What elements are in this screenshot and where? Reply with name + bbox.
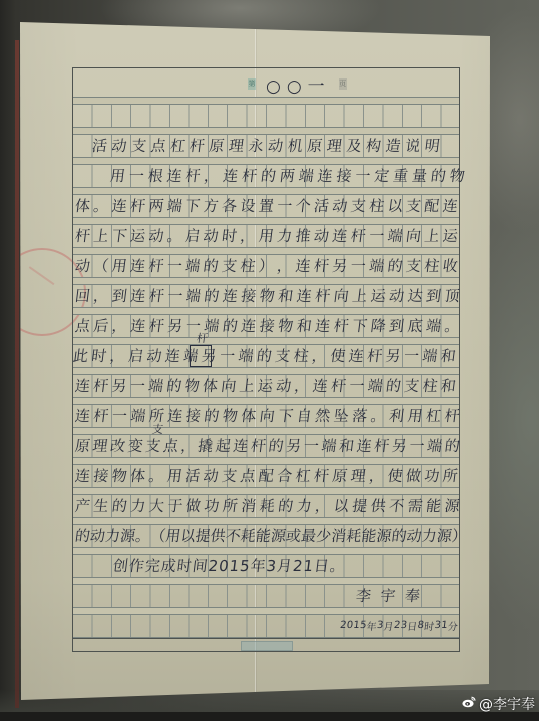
handwritten-char: 起 bbox=[215, 435, 233, 456]
handwritten-char: 杆 bbox=[92, 375, 110, 396]
handwritten-char: 动 bbox=[267, 135, 285, 156]
handwritten-char: 一 bbox=[403, 345, 421, 366]
bottom-dark-strip bbox=[0, 712, 539, 721]
handwritten-char: 两 bbox=[279, 165, 297, 186]
handwritten-char: 端 bbox=[184, 255, 202, 276]
handwritten-char: 和 bbox=[277, 285, 295, 306]
handwritten-char: 能 bbox=[425, 495, 443, 516]
handwritten-char: 原 bbox=[74, 435, 92, 456]
handwritten-char: 明 bbox=[424, 135, 442, 156]
handwritten-char: 运 bbox=[369, 285, 387, 306]
handwritten-char: 坠 bbox=[332, 405, 350, 426]
handwritten-char: 回 bbox=[74, 285, 92, 306]
document-title: 活动支点杠杆原理永动机原理及构造说明 bbox=[91, 134, 442, 157]
grid-footer bbox=[73, 638, 459, 652]
handwritten-char: 变 bbox=[127, 435, 145, 456]
correction-box bbox=[190, 345, 212, 367]
handwritten-char: 另 bbox=[384, 345, 402, 366]
handwritten-char: 物 bbox=[277, 315, 295, 336]
handwritten-char: 定 bbox=[373, 165, 391, 186]
handwritten-char: 连 bbox=[129, 285, 147, 306]
handwritten-char: 。 bbox=[369, 405, 387, 426]
handwritten-char: 用 bbox=[258, 225, 276, 246]
handwritten-char: 杆 bbox=[250, 435, 268, 456]
handwritten-char: 连 bbox=[166, 405, 184, 426]
handwritten-char: 杆 bbox=[366, 345, 384, 366]
handwritten-char: 一 bbox=[166, 285, 184, 306]
handwritten-char: 理 bbox=[326, 135, 344, 156]
handwritten-char: 理 bbox=[228, 135, 246, 156]
handwritten-char: 连 bbox=[165, 165, 183, 186]
handwritten-char: 原 bbox=[208, 135, 226, 156]
handwritten-char: 连 bbox=[331, 225, 349, 246]
handwritten-char: 然 bbox=[314, 405, 332, 426]
handwritten-char: 分 bbox=[447, 618, 459, 633]
handwritten-char: 的 bbox=[386, 255, 404, 276]
page-number: 第 ○○一 页 bbox=[248, 73, 347, 95]
handwritten-char: 下 bbox=[110, 225, 128, 246]
text-line-7: 此时，启动连端另一端的支柱，使连杆另一端和 bbox=[72, 344, 458, 367]
handwritten-char: 所 bbox=[442, 465, 460, 486]
handwritten-char: 杆 bbox=[350, 225, 368, 246]
handwritten-char: ， bbox=[179, 435, 197, 456]
handwritten-char: ， bbox=[311, 345, 329, 366]
handwritten-char: 物 bbox=[259, 285, 277, 306]
handwritten-char: 杠 bbox=[425, 405, 443, 426]
handwritten-char: 杠 bbox=[294, 465, 312, 486]
handwritten-char: 动 bbox=[313, 225, 331, 246]
handwritten-char: 端 bbox=[425, 315, 443, 336]
handwritten-char: 杆 bbox=[313, 465, 331, 486]
handwritten-char: 用 bbox=[109, 165, 127, 186]
handwritten-char: 用 bbox=[166, 465, 184, 486]
handwritten-char: 动 bbox=[74, 255, 92, 276]
handwritten-char: 向 bbox=[220, 375, 238, 396]
handwritten-char: 活 bbox=[313, 195, 331, 216]
handwritten-char: 利 bbox=[388, 405, 406, 426]
handwritten-char: 点 bbox=[239, 465, 257, 486]
handwritten-char: 接 bbox=[259, 315, 277, 336]
handwritten-char: 连 bbox=[110, 195, 128, 216]
handwritten-char: 李 bbox=[355, 585, 373, 606]
handwritten-char: 方 bbox=[202, 195, 220, 216]
handwritten-char: 作 bbox=[128, 555, 146, 576]
handwritten-char: 另 bbox=[391, 435, 409, 456]
handwritten-char: 杆 bbox=[148, 285, 166, 306]
handwritten-char: 提 bbox=[351, 495, 369, 516]
handwritten-char: 用 bbox=[406, 405, 424, 426]
handwritten-char: 。 bbox=[443, 315, 461, 336]
handwritten-char: 不 bbox=[388, 495, 406, 516]
handwritten-char: 力 bbox=[296, 495, 314, 516]
handwritten-char: 动 bbox=[202, 225, 220, 246]
handwritten-char: 体 bbox=[202, 375, 220, 396]
handwritten-char: 柱 bbox=[239, 255, 257, 276]
handwritten-char: 产 bbox=[74, 495, 92, 516]
handwritten-char: 于 bbox=[166, 495, 184, 516]
handwritten-char: 的 bbox=[222, 315, 240, 336]
handwritten-char: 及 bbox=[345, 135, 363, 156]
handwritten-char: 运 bbox=[442, 225, 460, 246]
handwritten-char: 。 bbox=[166, 225, 184, 246]
handwritten-char: 端 bbox=[368, 255, 386, 276]
handwritten-char: 用 bbox=[110, 255, 128, 276]
handwritten-char: 做 bbox=[405, 465, 423, 486]
handwritten-char: 连 bbox=[74, 465, 92, 486]
handwritten-char: 点 bbox=[162, 435, 180, 456]
handwritten-char: 的 bbox=[430, 165, 448, 186]
handwritten-char: 活 bbox=[91, 135, 109, 156]
handwritten-char: 连 bbox=[442, 195, 460, 216]
handwritten-char: 使 bbox=[386, 465, 404, 486]
handwritten-char: 上 bbox=[238, 375, 256, 396]
handwritten-char: 端 bbox=[421, 345, 439, 366]
handwritten-char: 连 bbox=[314, 315, 332, 336]
handwritten-char: 的 bbox=[256, 345, 274, 366]
handwritten-char: 机 bbox=[286, 135, 304, 156]
handwritten-char: 时 bbox=[176, 555, 194, 576]
handwritten-char: 源 bbox=[443, 495, 461, 516]
handwritten-char: 配 bbox=[258, 465, 276, 486]
handwritten-char: 连 bbox=[129, 255, 147, 276]
handwritten-char: 。 bbox=[329, 555, 347, 576]
stamp-star-mark bbox=[20, 266, 54, 309]
handwritten-char: 一 bbox=[348, 375, 366, 396]
handwritten-char: 的 bbox=[444, 435, 462, 456]
handwritten-char: 一 bbox=[129, 375, 147, 396]
handwritten-char: 落 bbox=[351, 405, 369, 426]
text-line-13: 的动力源。（用以提供不耗能源或最少消耗能源的动力源） bbox=[74, 524, 469, 547]
handwritten-char: 连 bbox=[129, 315, 147, 336]
handwritten-char: 此 bbox=[72, 345, 90, 366]
handwritten-char: 日 bbox=[313, 555, 331, 576]
signature: 李宇奉 bbox=[355, 584, 422, 607]
text-line-8: 连杆另一端的物体向上运动，连杆一端的支柱和 bbox=[74, 374, 458, 397]
handwritten-char: 量 bbox=[411, 165, 429, 186]
handwritten-char: 动 bbox=[275, 375, 293, 396]
red-cover-edge bbox=[15, 40, 19, 708]
handwritten-char: 一 bbox=[128, 165, 146, 186]
handwritten-char: 连 bbox=[312, 375, 330, 396]
handwritten-char: 向 bbox=[332, 285, 350, 306]
handwritten-char: ， bbox=[203, 165, 221, 186]
handwritten-char: 个 bbox=[294, 195, 312, 216]
handwritten-char: 向 bbox=[405, 225, 423, 246]
handwritten-char: 达 bbox=[406, 285, 424, 306]
handwritten-char: 一 bbox=[303, 435, 321, 456]
handwritten-char: 柱 bbox=[292, 345, 310, 366]
handwritten-char: 动 bbox=[202, 465, 220, 486]
handwritten-char: 杆 bbox=[189, 135, 207, 156]
handwritten-char: 消 bbox=[240, 495, 258, 516]
handwritten-char: 支 bbox=[221, 465, 239, 486]
handwritten-char: 奉 bbox=[404, 585, 422, 606]
handwritten-char: 端 bbox=[147, 375, 165, 396]
handwritten-char: 间 bbox=[191, 555, 209, 576]
handwritten-char: 和 bbox=[440, 375, 458, 396]
handwritten-char: 向 bbox=[259, 405, 277, 426]
handwritten-char: 生 bbox=[92, 495, 110, 516]
handwritten-char: 杆 bbox=[314, 285, 332, 306]
handwritten-char: 动 bbox=[388, 285, 406, 306]
text-line-6: 点后，连杆另一端的连接物和连杆下降到底端。 bbox=[74, 314, 462, 337]
handwritten-char: 支 bbox=[405, 195, 423, 216]
handwritten-char: 推 bbox=[294, 225, 312, 246]
signed-datetime: 2015年3月23日8时31分 bbox=[339, 614, 460, 637]
handwritten-char: 置 bbox=[258, 195, 276, 216]
handwritten-char: 一 bbox=[368, 225, 386, 246]
handwritten-char: 配 bbox=[423, 195, 441, 216]
handwritten-char: 杆 bbox=[74, 225, 92, 246]
handwritten-char: 说 bbox=[404, 135, 422, 156]
handwritten-char: 启 bbox=[184, 225, 202, 246]
handwritten-char: 耗 bbox=[259, 495, 277, 516]
handwritten-char: 支 bbox=[350, 195, 368, 216]
handwritten-char: 所 bbox=[222, 495, 240, 516]
handwritten-char: 支 bbox=[274, 345, 292, 366]
text-line-2: 体。连杆两端下方各设置一个活动支柱以支配连 bbox=[74, 194, 460, 217]
handwritten-char: 接 bbox=[185, 405, 203, 426]
handwritten-char: 连 bbox=[316, 165, 334, 186]
handwritten-char: 宇 bbox=[379, 585, 397, 606]
handwritten-char: 以 bbox=[332, 495, 350, 516]
handwritten-char: 一 bbox=[350, 255, 368, 276]
handwritten-char: ， bbox=[276, 255, 294, 276]
handwritten-char: 杆 bbox=[443, 405, 461, 426]
handwritten-char: 体 bbox=[129, 465, 147, 486]
handwritten-char: 端 bbox=[320, 435, 338, 456]
handwritten-char: 连 bbox=[348, 345, 366, 366]
handwritten-char: ， bbox=[314, 495, 332, 516]
handwritten-char: 收 bbox=[442, 255, 460, 276]
handwritten-char: 体 bbox=[74, 195, 92, 216]
handwritten-char: 撬 bbox=[197, 435, 215, 456]
handwritten-char: 自 bbox=[296, 405, 314, 426]
handwritten-char: 一 bbox=[111, 405, 129, 426]
handwritten-char: 年 bbox=[249, 555, 267, 576]
handwritten-char: 端 bbox=[426, 435, 444, 456]
text-line-11: 连接物体。用活动支点配合杠杆原理，使做功所 bbox=[74, 464, 460, 487]
handwritten-char: 端 bbox=[366, 375, 384, 396]
handwritten-char: 启 bbox=[127, 345, 145, 366]
handwritten-char: 柱 bbox=[421, 375, 439, 396]
handwritten-char: 接 bbox=[335, 165, 353, 186]
correction-insert-line-10: 支 bbox=[151, 421, 164, 437]
handwritten-char: 原 bbox=[306, 135, 324, 156]
handwritten-char: 物 bbox=[110, 465, 128, 486]
handwritten-char: ） bbox=[451, 525, 469, 546]
handwritten-char: 和 bbox=[296, 315, 314, 336]
handwritten-char: ， bbox=[239, 225, 257, 246]
handwritten-char: 完 bbox=[144, 555, 162, 576]
handwritten-char: 。 bbox=[92, 195, 110, 216]
handwritten-char: 和 bbox=[440, 345, 458, 366]
handwritten-char: 杆 bbox=[147, 255, 165, 276]
handwritten-char: 运 bbox=[129, 225, 147, 246]
handwritten-char: 力 bbox=[129, 495, 147, 516]
handwritten-char: 杆 bbox=[332, 315, 350, 336]
handwritten-char: 杆 bbox=[129, 195, 147, 216]
handwritten-char: 一 bbox=[166, 255, 184, 276]
handwritten-char: 上 bbox=[351, 285, 369, 306]
handwritten-char: 端 bbox=[386, 225, 404, 246]
handwritten-char: 下 bbox=[277, 405, 295, 426]
handwritten-char: 连 bbox=[232, 435, 250, 456]
handwritten-char: 下 bbox=[351, 315, 369, 336]
handwritten-char: ， bbox=[293, 375, 311, 396]
handwritten-char: 动 bbox=[331, 195, 349, 216]
handwritten-char: 原 bbox=[331, 465, 349, 486]
handwritten-char: 合 bbox=[276, 465, 294, 486]
handwritten-char: 到 bbox=[388, 315, 406, 336]
handwritten-char: 支 bbox=[130, 135, 148, 156]
handwritten-char: 永 bbox=[247, 135, 265, 156]
completion-note: 创作完成时间2015年3月21日。 bbox=[112, 554, 347, 577]
handwritten-char: 物 bbox=[183, 375, 201, 396]
handwritten-char: 连 bbox=[222, 165, 240, 186]
handwritten-char: 连 bbox=[296, 285, 314, 306]
handwritten-char: 底 bbox=[406, 315, 424, 336]
handwritten-char: 时 bbox=[90, 345, 108, 366]
handwritten-char: 支 bbox=[144, 435, 162, 456]
handwritten-char: 连 bbox=[74, 375, 92, 396]
handwritten-char: 动 bbox=[145, 345, 163, 366]
text-line-12: 产生的力大于做功所消耗的力，以提供不需能源 bbox=[74, 494, 462, 517]
handwritten-char: 物 bbox=[222, 405, 240, 426]
handwritten-char: 柱 bbox=[423, 255, 441, 276]
handwritten-char: 造 bbox=[384, 135, 402, 156]
page-number-value: ○○一 bbox=[266, 72, 331, 97]
handwritten-char: 柱 bbox=[368, 195, 386, 216]
handwritten-char: 顶 bbox=[443, 285, 461, 306]
handwritten-char: 大 bbox=[148, 495, 166, 516]
handwritten-char: 的 bbox=[267, 435, 285, 456]
handwritten-char: 各 bbox=[221, 195, 239, 216]
handwritten-char: 的 bbox=[203, 285, 221, 306]
handwritten-char: 杆 bbox=[241, 165, 259, 186]
handwritten-char: ） bbox=[258, 255, 276, 276]
handwritten-char: 的 bbox=[165, 375, 183, 396]
handwritten-char: 到 bbox=[425, 285, 443, 306]
handwritten-char: 的 bbox=[203, 405, 221, 426]
handwritten-char: ， bbox=[111, 315, 129, 336]
handwritten-char: 理 bbox=[350, 465, 368, 486]
handwritten-char: 端 bbox=[166, 195, 184, 216]
handwritten-char: 构 bbox=[365, 135, 383, 156]
handwritten-char: 杆 bbox=[373, 435, 391, 456]
handwritten-char: 另 bbox=[285, 435, 303, 456]
text-line-3: 杆上下运动。启动时，用力推动连杆一端向上运 bbox=[74, 224, 460, 247]
handwritten-char: 一 bbox=[354, 165, 372, 186]
handwritten-char: 连 bbox=[294, 255, 312, 276]
handwritten-char: 运 bbox=[257, 375, 275, 396]
handwritten-char: 支 bbox=[221, 255, 239, 276]
handwritten-char: 两 bbox=[147, 195, 165, 216]
handwritten-char: ， bbox=[368, 465, 386, 486]
handwritten-char: 后 bbox=[92, 315, 110, 336]
handwritten-char: 月 bbox=[276, 555, 294, 576]
text-line-9: 连杆一端所连接的物体向下自然坠落。利用杠杆 bbox=[74, 404, 462, 427]
handwritten-char: 时 bbox=[221, 225, 239, 246]
correction-insert-line-7: 杆 bbox=[196, 330, 209, 346]
weibo-watermark: @李宇奉 bbox=[462, 694, 535, 714]
handwritten-char: 成 bbox=[160, 555, 178, 576]
handwritten-char: 的 bbox=[385, 375, 403, 396]
text-line-10: 原理改变支点，撬起连杆的另一端和连杆另一端的 bbox=[74, 434, 462, 457]
handwritten-char: 的 bbox=[277, 495, 295, 516]
handwritten-char: 到 bbox=[111, 285, 129, 306]
handwritten-char: 重 bbox=[392, 165, 410, 186]
handwritten-char: 需 bbox=[406, 495, 424, 516]
handwritten-char: ， bbox=[92, 285, 110, 306]
handwritten-char: 连 bbox=[164, 345, 182, 366]
handwritten-char: 改 bbox=[109, 435, 127, 456]
handwritten-char: 设 bbox=[239, 195, 257, 216]
handwritten-char: 端 bbox=[237, 345, 255, 366]
handwritten-char: 一 bbox=[408, 435, 426, 456]
handwritten-char: 杆 bbox=[184, 165, 202, 186]
text-line-4: 动（用连杆一端的支柱），连杆另一端的支柱收 bbox=[74, 254, 460, 277]
grid-header: 第 ○○一 页 bbox=[73, 68, 459, 98]
handwritten-char: 端 bbox=[129, 405, 147, 426]
handwritten-char: 使 bbox=[329, 345, 347, 366]
handwritten-char: 做 bbox=[185, 495, 203, 516]
handwritten-char: 连 bbox=[222, 285, 240, 306]
handwritten-char: ， bbox=[108, 345, 126, 366]
handwritten-char: 以 bbox=[386, 195, 404, 216]
handwritten-char: 活 bbox=[184, 465, 202, 486]
handwritten-char: 端 bbox=[297, 165, 315, 186]
handwritten-char: 连 bbox=[355, 435, 373, 456]
handwritten-char: 支 bbox=[403, 375, 421, 396]
handwritten-char: 动 bbox=[147, 225, 165, 246]
handwritten-char: 理 bbox=[91, 435, 109, 456]
handwritten-char: 功 bbox=[203, 495, 221, 516]
handwritten-char: 连 bbox=[74, 405, 92, 426]
handwritten-char: 体 bbox=[240, 405, 258, 426]
handwritten-char: 端 bbox=[185, 285, 203, 306]
handwritten-char: 另 bbox=[110, 375, 128, 396]
handwritten-char: 点 bbox=[74, 315, 92, 336]
handwritten-char: 一 bbox=[219, 345, 237, 366]
handwritten-char: 杆 bbox=[92, 405, 110, 426]
handwritten-char: 点 bbox=[149, 135, 167, 156]
handwritten-char: 另 bbox=[331, 255, 349, 276]
text-line-5: 回，到连杆一端的连接物和连杆向上运动达到顶 bbox=[74, 284, 462, 307]
handwritten-char: 一 bbox=[276, 195, 294, 216]
handwritten-char: 。 bbox=[147, 465, 165, 486]
page-suffix-label: 页 bbox=[339, 78, 347, 90]
handwritten-char: 力 bbox=[276, 225, 294, 246]
handwritten-char: 和 bbox=[338, 435, 356, 456]
handwritten-char: 下 bbox=[184, 195, 202, 216]
handwritten-char: 降 bbox=[369, 315, 387, 336]
handwritten-char: 杠 bbox=[169, 135, 187, 156]
handwritten-char: （ bbox=[92, 255, 110, 276]
handwritten-char: 支 bbox=[405, 255, 423, 276]
handwritten-char: 动 bbox=[110, 135, 128, 156]
handwritten-char: 根 bbox=[146, 165, 164, 186]
handwritten-char: 接 bbox=[92, 465, 110, 486]
handwritten-char: 上 bbox=[423, 225, 441, 246]
watermark-text: @李宇奉 bbox=[479, 694, 535, 714]
handwritten-char: 杆 bbox=[148, 315, 166, 336]
handwritten-char: 创 bbox=[112, 555, 130, 576]
handwritten-char: 连 bbox=[240, 315, 258, 336]
weibo-icon bbox=[462, 696, 479, 712]
handwritten-char: 上 bbox=[92, 225, 110, 246]
handwritten-char: 另 bbox=[166, 315, 184, 336]
